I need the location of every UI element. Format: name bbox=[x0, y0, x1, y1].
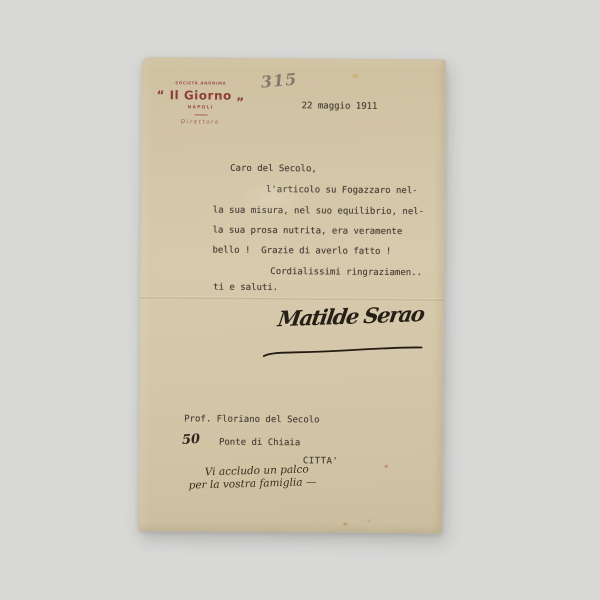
letter-date: 22 maggio 1911 bbox=[302, 101, 378, 112]
paper-stain bbox=[366, 519, 371, 523]
handwritten-house-number: 50 bbox=[182, 432, 201, 448]
paper-stain bbox=[342, 522, 348, 527]
handwritten-signature: Matilde Serao bbox=[276, 301, 425, 331]
photograph-background: SOCIETÀ ANONIMA “ Il Giorno „ NAPOLI Dir… bbox=[0, 0, 600, 600]
signature-underline bbox=[262, 340, 424, 362]
letter-body-line: la sua prosa nutrita, era veramente bbox=[213, 226, 403, 237]
paper-stain bbox=[351, 73, 360, 80]
paper-stain bbox=[384, 464, 389, 469]
recipient-name: Prof. Floriano del Secolo bbox=[184, 414, 320, 425]
letter-paper: SOCIETÀ ANONIMA “ Il Giorno „ NAPOLI Dir… bbox=[138, 57, 446, 533]
letterhead-divider bbox=[194, 114, 207, 115]
pencil-archive-number: 315 bbox=[260, 69, 298, 91]
letter-body-line: Cordialissimi ringraziamen.. bbox=[270, 267, 422, 278]
letterhead-role: Direttore bbox=[155, 119, 245, 126]
letter-body-line: ti e saluti. bbox=[213, 283, 278, 294]
letter-body-line: Caro del Secolo, bbox=[230, 164, 317, 175]
letterhead-company: SOCIETÀ ANONIMA bbox=[156, 80, 246, 86]
letterhead-masthead: “ Il Giorno „ bbox=[156, 88, 246, 103]
letter-body-line: bello ! Grazie di averlo fatto ! bbox=[212, 246, 391, 257]
paper-fold-crease bbox=[140, 296, 444, 301]
letterhead-city: NAPOLI bbox=[156, 105, 246, 111]
recipient-street: Ponte di Chiaia bbox=[219, 438, 300, 449]
handwritten-note-line: per la vostra famiglia — bbox=[189, 476, 317, 491]
paper-highlight bbox=[237, 178, 307, 219]
letterhead: SOCIETÀ ANONIMA “ Il Giorno „ NAPOLI Dir… bbox=[155, 80, 245, 126]
